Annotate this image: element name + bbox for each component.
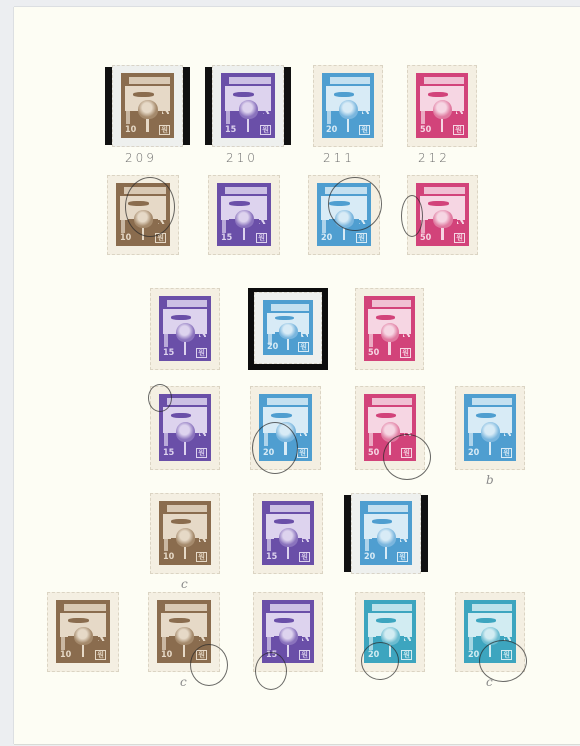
stamp-paper: 15원 xyxy=(253,592,323,672)
stamp-currency: 원 xyxy=(196,448,207,458)
variety-note: c xyxy=(486,675,493,689)
stamp-value: 15 xyxy=(163,348,174,358)
country-banner xyxy=(372,300,411,307)
smoke-cloud-icon xyxy=(428,201,448,206)
stamp-brown-10: 10원 xyxy=(148,592,220,672)
chimney-icon xyxy=(469,407,473,446)
catalog-number-label: 212 xyxy=(418,151,450,165)
smoke-cloud-icon xyxy=(334,92,354,97)
stamp-design: 20원 xyxy=(464,600,516,663)
country-banner xyxy=(271,304,309,311)
chimney-icon xyxy=(421,196,425,233)
stamp-design: 10원 xyxy=(56,600,110,663)
stamp-currency: 원 xyxy=(397,552,408,562)
globe-icon xyxy=(279,528,298,547)
country-banner xyxy=(229,77,271,84)
stamp-value: 10 xyxy=(125,125,136,135)
chimney-icon xyxy=(222,196,226,233)
stamp-paper: 15원 xyxy=(208,175,280,255)
stamp-design: 20원 xyxy=(364,600,416,663)
globe-icon xyxy=(276,422,295,442)
stamp-design: 50원 xyxy=(364,394,416,461)
stamp-design: 20원 xyxy=(317,183,371,246)
country-banner xyxy=(267,398,308,405)
smoke-cloud-icon xyxy=(274,618,294,623)
stamp-paper: 20원 xyxy=(355,592,425,672)
stamp-paper: 10원 xyxy=(112,65,183,147)
smoke-cloud-icon xyxy=(376,618,396,623)
chimney-icon xyxy=(121,196,125,233)
stamp-value: 15 xyxy=(266,552,277,562)
catalog-number-label: 210 xyxy=(226,151,258,165)
stamp-design: 10원 xyxy=(157,600,211,663)
globe-icon xyxy=(335,210,355,228)
stamp-currency: 원 xyxy=(401,650,412,660)
stamp-value: 20 xyxy=(368,650,379,660)
variety-note: b xyxy=(486,473,494,487)
chimney-icon xyxy=(226,86,230,124)
globe-icon xyxy=(279,627,298,645)
chimney-icon xyxy=(421,86,425,124)
country-banner xyxy=(129,77,170,84)
stamp-currency: 원 xyxy=(453,125,464,135)
globe-icon xyxy=(279,323,297,339)
stamp-value: 10 xyxy=(120,233,131,243)
globe-icon xyxy=(381,422,400,442)
globe-icon xyxy=(176,323,195,342)
chimney-icon xyxy=(162,613,166,650)
chimney-icon xyxy=(164,407,168,446)
globe-icon xyxy=(377,528,396,547)
stamp-paper: 50원 xyxy=(407,65,477,147)
stamp-design: 20원 xyxy=(464,394,516,461)
stamp-design: 20원 xyxy=(360,501,412,565)
chimney-icon xyxy=(267,613,271,650)
stamp-value: 15 xyxy=(225,125,236,135)
stamp-teal-20: 20원 xyxy=(455,592,525,672)
stamp-value: 20 xyxy=(321,233,332,243)
smoke-cloud-icon xyxy=(229,201,250,206)
country-banner xyxy=(368,505,408,512)
stamp-brown-10: 10원 xyxy=(47,592,119,672)
stamp-paper: 20원 xyxy=(250,386,321,470)
stamp-currency: 원 xyxy=(298,342,309,352)
stamp-design: 20원 xyxy=(263,300,313,355)
smoke-cloud-icon xyxy=(271,413,291,418)
stamp-value: 50 xyxy=(420,233,431,243)
catalog-number-label: 209 xyxy=(125,151,157,165)
stamp-value: 10 xyxy=(163,552,174,562)
stamp-currency: 원 xyxy=(196,348,207,358)
stamp-violet-15: 15원 xyxy=(205,65,291,147)
chimney-icon xyxy=(369,613,373,650)
stamp-blue-20: 20원 xyxy=(308,175,380,255)
chimney-icon xyxy=(327,86,331,124)
country-banner xyxy=(472,398,512,405)
stamp-paper: 50원 xyxy=(407,175,478,255)
stamp-design: 15원 xyxy=(262,501,314,565)
country-banner xyxy=(225,187,267,194)
stamp-paper: 20원 xyxy=(313,65,383,147)
catalog-number-label: 211 xyxy=(323,151,355,165)
smoke-cloud-icon xyxy=(376,315,396,320)
globe-icon xyxy=(433,100,452,119)
smoke-cloud-icon xyxy=(171,519,191,524)
stamp-design: 15원 xyxy=(159,296,211,361)
country-banner xyxy=(472,604,512,611)
chimney-icon xyxy=(369,407,373,446)
country-banner xyxy=(167,398,207,405)
stamp-violet-15: 15원 xyxy=(253,493,323,574)
stamp-value: 50 xyxy=(368,448,379,458)
stamp-design: 15원 xyxy=(159,394,211,461)
globe-icon xyxy=(134,210,154,228)
globe-icon xyxy=(433,210,452,228)
stamp-paper: 20원 xyxy=(455,386,525,470)
stamp-paper: 50원 xyxy=(355,288,424,370)
country-banner xyxy=(167,300,207,307)
stamp-paper: 15원 xyxy=(253,493,323,574)
stamp-value: 15 xyxy=(163,448,174,458)
stamp-currency: 원 xyxy=(359,125,370,135)
stamp-design: 50원 xyxy=(364,296,415,361)
stamp-value: 15 xyxy=(221,233,232,243)
stamp-paper: 15원 xyxy=(212,65,284,147)
country-banner xyxy=(424,187,465,194)
stamp-brown-10: 10원 xyxy=(107,175,179,255)
smoke-cloud-icon xyxy=(133,92,153,97)
stamp-blue-20: 20원 xyxy=(250,386,321,470)
stamp-paper: 10원 xyxy=(47,592,119,672)
stamp-value: 15 xyxy=(266,650,277,660)
stamp-design: 10원 xyxy=(116,183,170,246)
stamp-value: 20 xyxy=(468,448,479,458)
globe-icon xyxy=(176,528,195,547)
smoke-cloud-icon xyxy=(68,618,89,623)
stamp-design: 15원 xyxy=(262,600,314,663)
stamp-currency: 원 xyxy=(299,552,310,562)
stamp-value: 10 xyxy=(60,650,71,660)
chimney-icon xyxy=(164,514,168,551)
stamp-value: 20 xyxy=(326,125,337,135)
smoke-cloud-icon xyxy=(372,519,392,524)
chimney-icon xyxy=(322,196,326,233)
smoke-cloud-icon xyxy=(233,92,254,97)
country-banner xyxy=(124,187,166,194)
chimney-icon xyxy=(369,309,373,347)
stamp-design: 20원 xyxy=(259,394,312,461)
globe-icon xyxy=(176,422,195,442)
stamp-value: 20 xyxy=(263,448,274,458)
stamp-currency: 원 xyxy=(401,448,412,458)
globe-icon xyxy=(239,100,259,119)
stamp-paper: 20원 xyxy=(455,592,525,672)
stamp-currency: 원 xyxy=(454,233,465,243)
stamp-carmine-50: 50원 xyxy=(407,65,477,147)
chimney-icon xyxy=(264,407,268,446)
stamp-violet-15: 15원 xyxy=(150,386,220,470)
stamp-design: 50원 xyxy=(416,73,468,138)
stamp-paper: 10원 xyxy=(107,175,179,255)
stamp-design: 15원 xyxy=(221,73,275,138)
stamp-design: 10원 xyxy=(121,73,174,138)
globe-icon xyxy=(235,210,255,228)
stamp-currency: 원 xyxy=(155,233,166,243)
stamp-currency: 원 xyxy=(95,650,106,660)
country-banner xyxy=(325,187,367,194)
stamp-violet-15: 15원 xyxy=(208,175,280,255)
globe-icon xyxy=(481,422,500,442)
smoke-cloud-icon xyxy=(329,201,350,206)
chimney-icon xyxy=(126,86,130,124)
stamp-paper: 10원 xyxy=(150,493,220,574)
globe-icon xyxy=(74,627,94,645)
stamp-blue-20: 20원 xyxy=(455,386,525,470)
chimney-icon xyxy=(469,613,473,650)
country-banner xyxy=(165,604,207,611)
stamp-design: 20원 xyxy=(322,73,374,138)
chimney-icon xyxy=(267,514,271,551)
stamp-carmine-50: 50원 xyxy=(407,175,478,255)
globe-icon xyxy=(175,627,195,645)
country-banner xyxy=(330,77,370,84)
stamp-teal-20: 20원 xyxy=(355,592,425,672)
stamp-currency: 원 xyxy=(297,448,308,458)
stamp-currency: 원 xyxy=(501,650,512,660)
stamp-currency: 원 xyxy=(260,125,271,135)
country-banner xyxy=(270,505,310,512)
smoke-cloud-icon xyxy=(428,92,448,97)
stamp-design: 10원 xyxy=(159,501,211,565)
globe-icon xyxy=(381,627,400,645)
country-banner xyxy=(424,77,464,84)
stamp-value: 20 xyxy=(364,552,375,562)
stamp-blue-20: 20원 xyxy=(313,65,383,147)
stamp-paper: 10원 xyxy=(148,592,220,672)
smoke-cloud-icon xyxy=(171,315,191,320)
stamp-currency: 원 xyxy=(159,125,170,135)
stamp-violet-15: 15원 xyxy=(253,592,323,672)
smoke-cloud-icon xyxy=(128,201,149,206)
variety-note: c xyxy=(180,675,187,689)
smoke-cloud-icon xyxy=(274,519,294,524)
chimney-icon xyxy=(268,313,272,345)
stamp-currency: 원 xyxy=(299,650,310,660)
stamp-value: 10 xyxy=(161,650,172,660)
stamp-paper: 50원 xyxy=(355,386,425,470)
stamp-paper: 15원 xyxy=(150,288,220,370)
smoke-cloud-icon xyxy=(476,618,496,623)
smoke-cloud-icon xyxy=(275,316,294,320)
country-banner xyxy=(167,505,207,512)
stamp-currency: 원 xyxy=(400,348,411,358)
stamp-value: 50 xyxy=(368,348,379,358)
stamp-carmine-50: 50원 xyxy=(355,288,424,370)
stamp-paper: 20원 xyxy=(351,493,421,574)
stamp-blue-20: 20원 xyxy=(248,288,328,370)
stamp-design: 15원 xyxy=(217,183,271,246)
country-banner xyxy=(372,398,412,405)
chimney-icon xyxy=(61,613,65,650)
album-page: 10원15원20원50원10원15원20원50원15원20원50원15원20원5… xyxy=(14,7,580,744)
smoke-cloud-icon xyxy=(169,618,190,623)
variety-note: c xyxy=(181,577,188,591)
stamp-paper: 20원 xyxy=(254,292,322,364)
stamp-blue-20: 20원 xyxy=(344,493,428,574)
globe-icon xyxy=(481,627,500,645)
stamp-brown-10: 10원 xyxy=(150,493,220,574)
stamp-currency: 원 xyxy=(196,650,207,660)
chimney-icon xyxy=(365,514,369,551)
stamp-design: 50원 xyxy=(416,183,469,246)
country-banner xyxy=(64,604,106,611)
globe-icon xyxy=(138,100,157,119)
stamp-currency: 원 xyxy=(256,233,267,243)
stamp-brown-10: 10원 xyxy=(105,65,190,147)
chimney-icon xyxy=(164,309,168,347)
stamp-paper: 15원 xyxy=(150,386,220,470)
stamp-violet-15: 15원 xyxy=(150,288,220,370)
stamp-value: 20 xyxy=(267,342,278,352)
stamp-paper: 20원 xyxy=(308,175,380,255)
stamp-value: 20 xyxy=(468,650,479,660)
country-banner xyxy=(270,604,310,611)
stamp-currency: 원 xyxy=(196,552,207,562)
stamp-currency: 원 xyxy=(501,448,512,458)
stamp-carmine-50: 50원 xyxy=(355,386,425,470)
stamp-value: 50 xyxy=(420,125,431,135)
globe-icon xyxy=(381,323,400,342)
globe-icon xyxy=(339,100,358,119)
stamp-currency: 원 xyxy=(356,233,367,243)
country-banner xyxy=(372,604,412,611)
